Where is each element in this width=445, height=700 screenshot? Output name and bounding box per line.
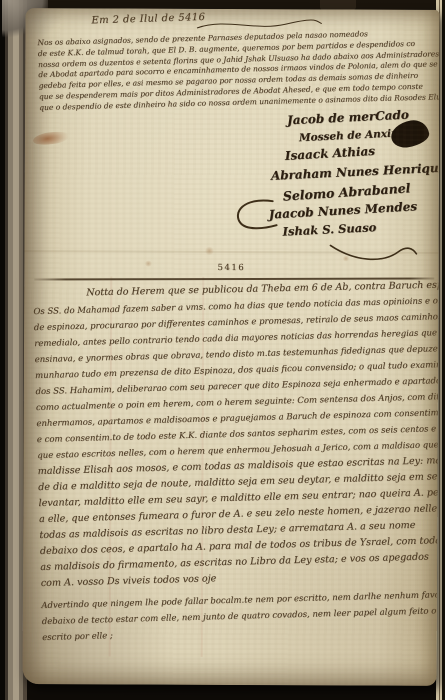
horizontal-crease bbox=[24, 250, 438, 254]
resolution-paragraph: Nos os abaixo asignados, sendo de prezen… bbox=[37, 27, 439, 113]
herem-paragraph: Os SS. do Mahamad fazem saber a vms. com… bbox=[33, 293, 439, 646]
signature: Abraham Nunes Henriques bbox=[271, 160, 440, 183]
foxing-spot bbox=[204, 247, 214, 255]
signature: Isaack Athias bbox=[285, 144, 376, 163]
foxing-spot bbox=[342, 255, 349, 261]
ink-smudge bbox=[32, 130, 69, 147]
divider-rule bbox=[34, 277, 434, 280]
signature: Ishak S. Suaso bbox=[282, 220, 376, 238]
year-divider: 5416 bbox=[24, 262, 438, 274]
record-date: Em 2 de Ilul de 5416 bbox=[91, 12, 205, 26]
manuscript-page: Em 2 de Ilul de 5416 Nos os abaixo asign… bbox=[23, 8, 440, 686]
manuscript-photo: Em 2 de Ilul de 5416 Nos os abaixo asign… bbox=[0, 0, 445, 700]
signature: Jacob de merCado bbox=[287, 108, 409, 128]
ink-blot bbox=[389, 118, 431, 150]
